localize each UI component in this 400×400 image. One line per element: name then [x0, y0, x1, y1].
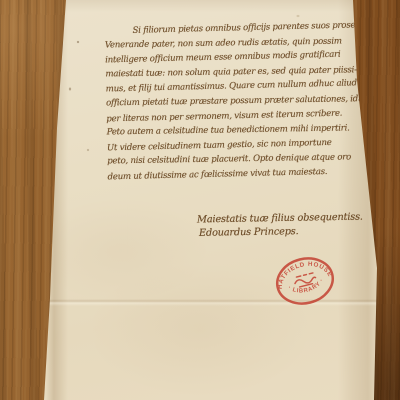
- letter-line: intelligere officium meum esse omnibus m…: [105, 50, 341, 66]
- letter-line: Peto autem a celsitudine tua benediction…: [107, 124, 350, 138]
- stamp-bottom-text: · LIBRARY ·: [286, 276, 328, 298]
- photo-scene: Si filiorum pietas omnibus officijs pare…: [0, 0, 400, 400]
- signature-line-2: Edouardus Princeps.: [199, 226, 299, 239]
- svg-text:· LIBRARY ·: · LIBRARY ·: [286, 276, 328, 298]
- letter-line: maiestati tuæ: non solum quia pater es, …: [105, 65, 357, 79]
- letter-line: peto, nisi celsitudini tuæ placuerit. Op…: [107, 153, 351, 167]
- letter-line: Ut videre celsitudinem tuam gestio, sic …: [107, 138, 332, 153]
- letter-line: deum ut diutissime ac fœlicissime vivat …: [107, 167, 327, 182]
- letter-line: officium pietati tuæ præstare possum præ…: [106, 94, 374, 108]
- letter-line: Venerande pater, non sum adeo rudis ætat…: [105, 36, 342, 50]
- letter-line: per literas non per sermonem, visum est …: [106, 108, 342, 124]
- letter-line: mus, et filij tui amantissimus. Quare cu…: [106, 79, 357, 95]
